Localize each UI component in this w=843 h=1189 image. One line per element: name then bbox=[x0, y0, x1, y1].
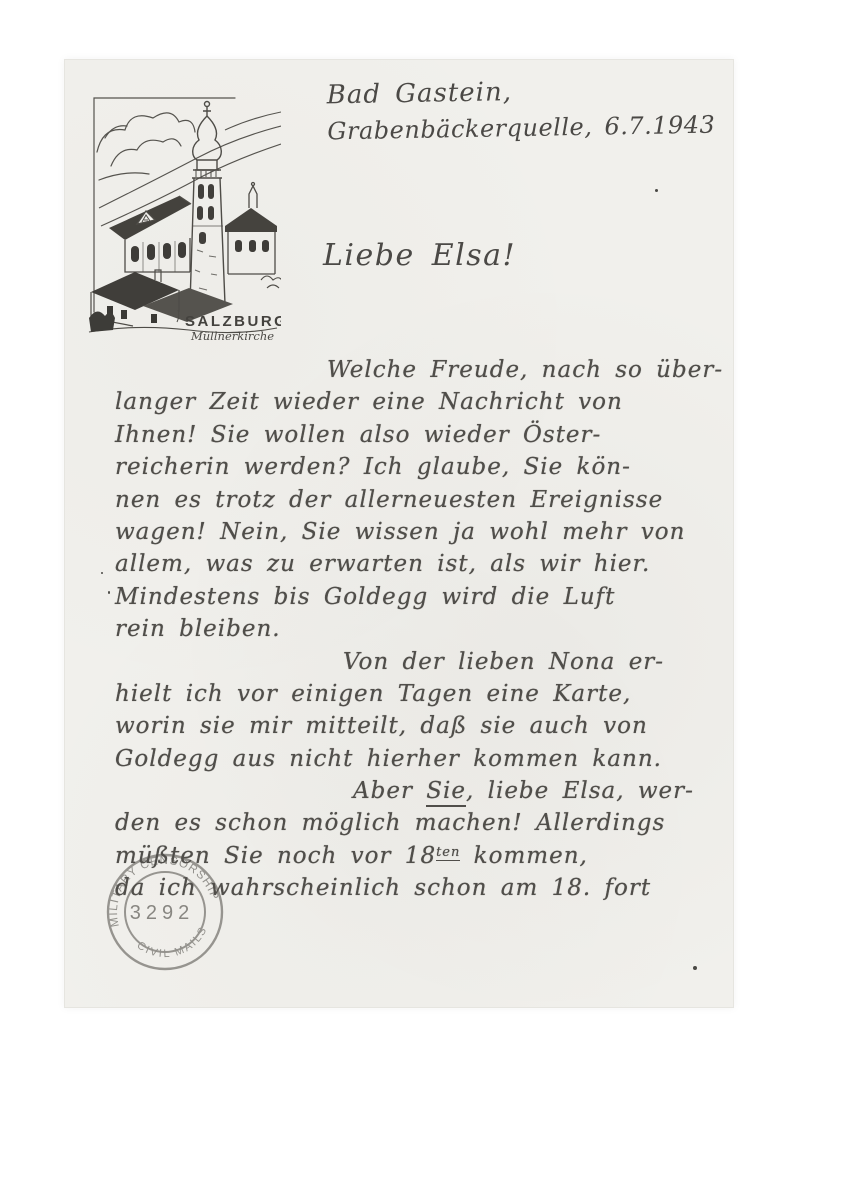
scan-speck bbox=[693, 966, 697, 970]
letter-page: SALZBURG Müllnerkirche Bad Gastein, Grab… bbox=[64, 59, 734, 1008]
handwriting-line: Mindestens bis Goldegg wird die Luft bbox=[115, 584, 715, 616]
handwriting-line: Aber Sie, liebe Elsa, wer- bbox=[115, 778, 715, 810]
handwriting-line: wagen! Nein, Sie wissen ja wohl mehr von bbox=[115, 519, 715, 551]
handwriting-line: allem, was zu erwarten ist, als wir hier… bbox=[115, 551, 715, 583]
illustration-caption: SALZBURG bbox=[185, 313, 281, 330]
handwriting-line: worin sie mir mitteilt, daß sie auch von bbox=[115, 713, 715, 745]
handwriting-line: müßten Sie noch vor 18ten kommen, bbox=[115, 843, 715, 875]
handwriting-line: Ihnen! Sie wollen also wieder Öster- bbox=[115, 422, 715, 454]
handwriting-line: Welche Freude, nach so über- bbox=[115, 357, 715, 389]
handwriting-line: da ich wahrscheinlich schon am 18. fort bbox=[115, 875, 715, 907]
underlined-word: Sie bbox=[426, 778, 466, 807]
handwriting-line: reicherin werden? Ich glaube, Sie kön- bbox=[115, 454, 715, 486]
line-fragment: , liebe Elsa, wer- bbox=[466, 778, 694, 804]
salutation: Liebe Elsa! bbox=[323, 238, 516, 273]
handwriting-line: Goldegg aus nicht hierher kommen kann. bbox=[115, 746, 715, 778]
handwriting-line: nen es trotz der allerneuesten Ereigniss… bbox=[115, 487, 715, 519]
handwriting-line: den es schon möglich machen! Allerdings bbox=[115, 810, 715, 842]
line-fragment: Aber bbox=[353, 778, 426, 804]
letter-body: Welche Freude, nach so über- langer Zeit… bbox=[115, 357, 715, 908]
scan-speck bbox=[101, 572, 103, 574]
church-illustration: SALZBURG Müllnerkirche bbox=[85, 74, 281, 348]
handwriting-line: langer Zeit wieder eine Nachricht von bbox=[115, 389, 715, 421]
church-nave-drawing bbox=[109, 196, 191, 272]
letterhead-text: Bad Gastein, Grabenbäckerquelle, 6.7.194… bbox=[326, 71, 715, 150]
stamp-arc-bottom: CIVIL MAILS bbox=[133, 922, 216, 969]
handwriting-line: rein bleiben. bbox=[115, 616, 715, 648]
handwriting-line: hielt ich vor einigen Tagen eine Karte, bbox=[115, 681, 715, 713]
hill-lines bbox=[99, 112, 281, 226]
letterhead-date: Grabenbäckerquelle, 6.7.1943 bbox=[327, 107, 716, 150]
illustration-subcaption: Müllnerkirche bbox=[190, 329, 274, 343]
clouds-drawing bbox=[97, 113, 195, 180]
line-fragment: kommen, bbox=[460, 843, 587, 869]
scan-speck bbox=[108, 591, 110, 594]
line-fragment: müßten Sie noch vor 18 bbox=[115, 843, 436, 869]
handwriting-line: Von der lieben Nona er- bbox=[115, 649, 715, 681]
superscript-ordinal: ten bbox=[436, 845, 460, 861]
scan-speck bbox=[655, 189, 658, 192]
annex-drawing bbox=[225, 183, 281, 289]
